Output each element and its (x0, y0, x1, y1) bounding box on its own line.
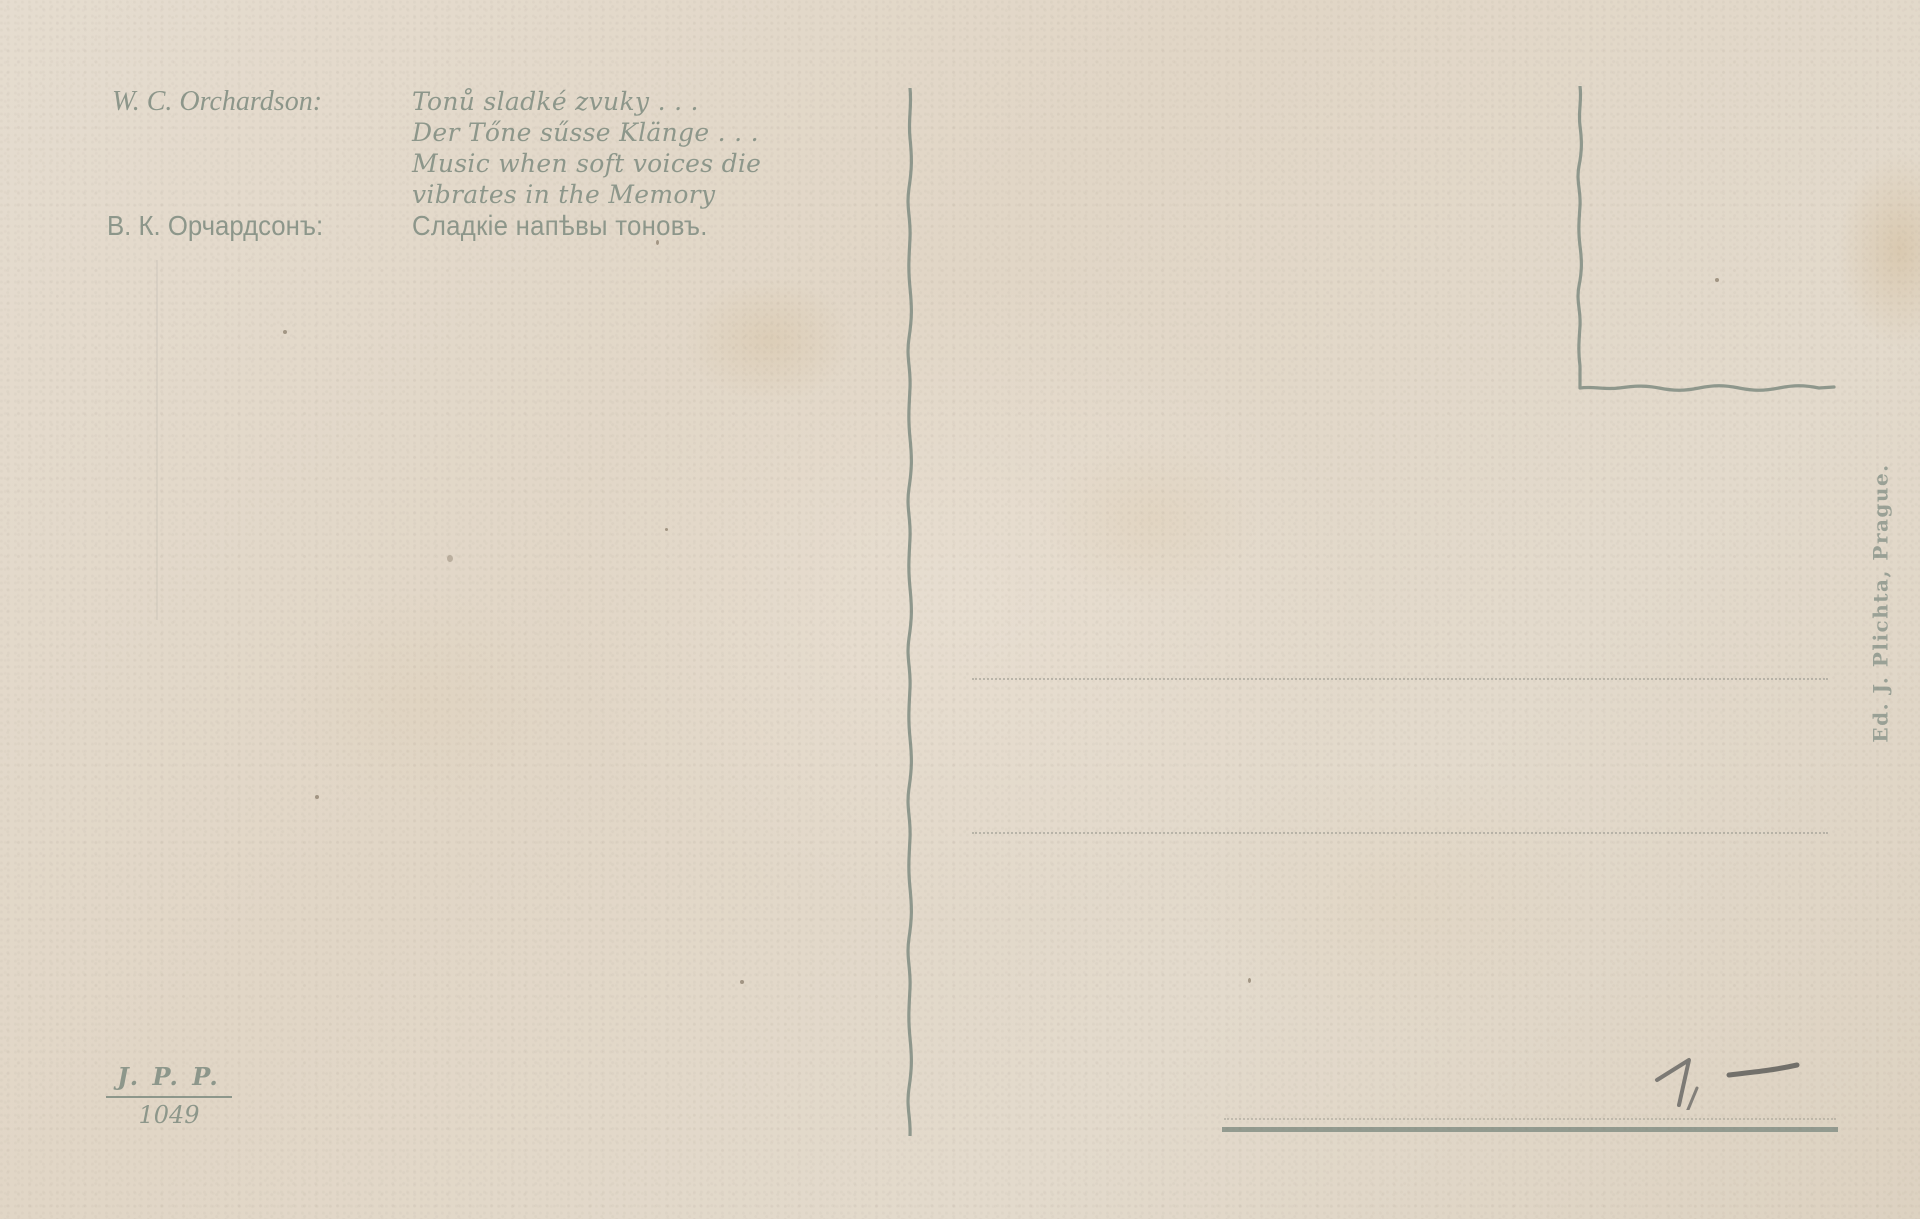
address-line-dotted-3 (1224, 1118, 1836, 1120)
faint-ghost-line (156, 260, 158, 620)
caption-row-russian: В. К. Орчардсонъ: Сладкіе напѣвы тоновъ. (112, 210, 761, 241)
caption-row-english-2: vibrates in the Memory (112, 179, 761, 210)
artist-name-cyrillic: В. К. Орчардсонъ: (107, 210, 388, 241)
artist-name-latin: W. C. Orchardson: (112, 86, 412, 117)
title-english-line-2: vibrates in the Memory (412, 179, 715, 210)
stamp-placeholder-corner-icon (1574, 86, 1836, 392)
title-russian: Сладкіе напѣвы тоновъ. (412, 210, 708, 241)
paper-foxing-spot (665, 528, 668, 531)
paper-foxing-spot (1248, 978, 1251, 983)
paper-foxing-spot (1715, 278, 1719, 282)
paper-foxing-spot (740, 980, 744, 984)
center-divider-line (903, 88, 917, 1136)
caption-row-english-1: Music when soft voices die (112, 148, 761, 179)
address-line-dotted-1 (972, 678, 1828, 680)
publisher-credit: Ed. J. Plichta, Prague. (1866, 438, 1896, 768)
caption-row-german: Der Tőne sűsse Klänge . . . (112, 117, 761, 148)
paper-foxing-spot (447, 555, 453, 562)
series-code: J. P. P. (106, 1062, 232, 1098)
artwork-caption: W. C. Orchardson: Tonů sladké zvuky . . … (112, 86, 761, 241)
postcard-back: W. C. Orchardson: Tonů sladké zvuky . . … (0, 0, 1920, 1219)
address-line-dotted-2 (972, 832, 1828, 834)
title-english-line-1: Music when soft voices die (412, 148, 761, 179)
print-series-imprint: J. P. P. 1049 (106, 1062, 232, 1132)
paper-foxing-spot (656, 240, 659, 245)
title-czech: Tonů sladké zvuky . . . (412, 86, 699, 117)
handwritten-price-mark: 1,– (1645, 1050, 1820, 1110)
paper-foxing-spot (315, 795, 319, 799)
caption-row-czech: W. C. Orchardson: Tonů sladké zvuky . . … (112, 86, 761, 117)
publisher-text: Ed. J. Plichta, Prague. (1869, 463, 1893, 742)
series-number: 1049 (106, 1098, 232, 1132)
title-german: Der Tőne sűsse Klänge . . . (412, 117, 759, 148)
paper-foxing-spot (283, 330, 287, 334)
address-line-solid (1222, 1127, 1838, 1132)
